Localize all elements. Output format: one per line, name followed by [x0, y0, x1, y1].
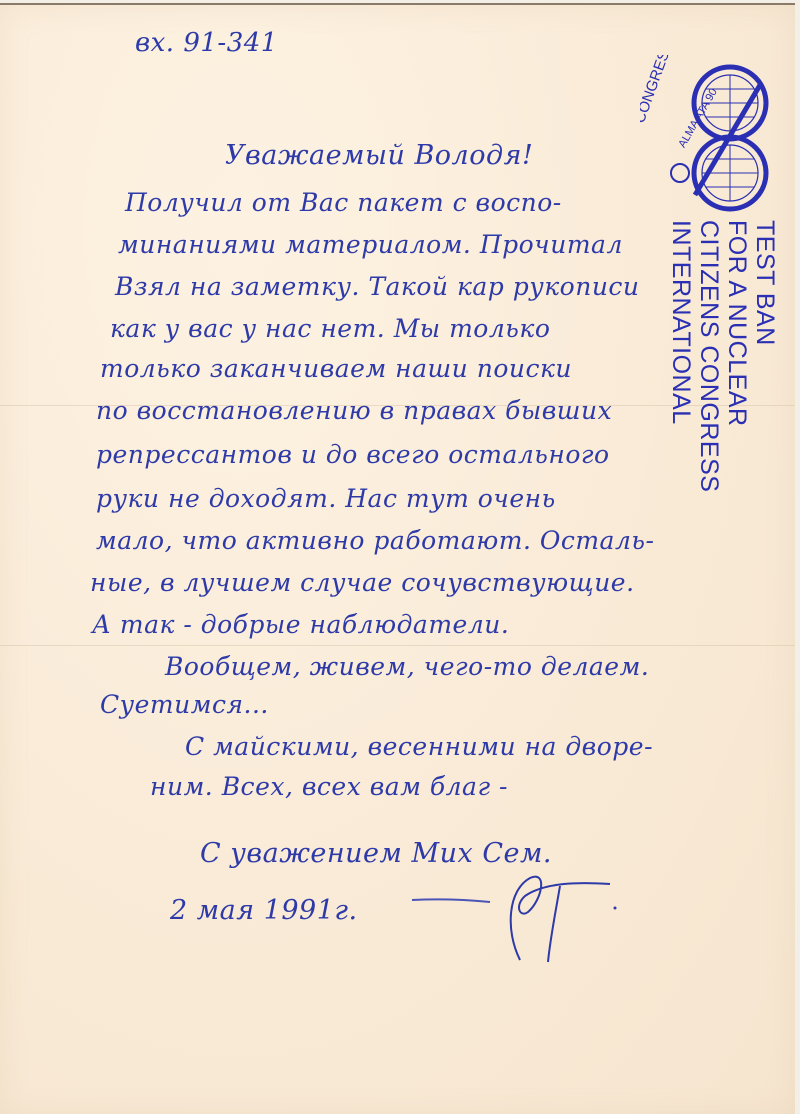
body-line: мало, что активно работают. Осталь- [96, 526, 654, 555]
body-line: минаниями материалом. Прочитал [118, 230, 623, 259]
body-line: по восстановлению в правах бывших [96, 396, 612, 425]
letterhead-text: INTERNATIONAL [666, 220, 696, 425]
body-line: только заканчиваем наши поиски [100, 354, 572, 383]
body-line: С майскими, весенними на дворе- [185, 732, 653, 761]
body-line: Суетимся... [100, 690, 269, 719]
fold-line [0, 645, 795, 646]
salutation: Уважаемый Володя! [225, 140, 533, 171]
letterhead-line: CITIZENS CONGRESS [694, 220, 724, 492]
body-line: руки не доходят. Нас тут очень [96, 484, 556, 513]
body-line: А так - добрые наблюдатели. [92, 610, 509, 639]
letterhead-text: CITIZENS CONGRESS [694, 220, 724, 492]
letterhead-line: INTERNATIONAL [666, 220, 696, 425]
body-line: репрессантов и до всего остального [96, 440, 610, 469]
letterhead-line: FOR A NUCLEAR [722, 220, 752, 427]
body-line: Взял на заметку. Такой кар рукописи [115, 272, 640, 301]
signature-icon [410, 860, 630, 970]
body-line: как у вас у нас нет. Мы только [110, 314, 550, 343]
congress-letterhead: ALMA ATA 90 CONGRESS TEST BAN FOR A NUCL… [640, 55, 780, 365]
body-line: Вообщем, живем, чего-то делаем. [165, 652, 649, 681]
body-line: ним. Всех, всех вам благ - [150, 772, 508, 801]
body-line: ные, в лучшем случае сочувствующие. [90, 568, 635, 597]
reference-number: вх. 91-341 [135, 28, 278, 58]
svg-text:CONGRESS: CONGRESS [640, 55, 677, 126]
body-line: Получил от Вас пакет с воспо- [125, 188, 562, 217]
letterhead-line: TEST BAN [750, 220, 780, 346]
letterhead-text: TEST BAN [750, 220, 780, 346]
date: 2 мая 1991г. [170, 895, 358, 926]
globe-eight-emblem-icon: ALMA ATA 90 CONGRESS [640, 55, 780, 215]
letterhead-text: FOR A NUCLEAR [722, 220, 752, 427]
